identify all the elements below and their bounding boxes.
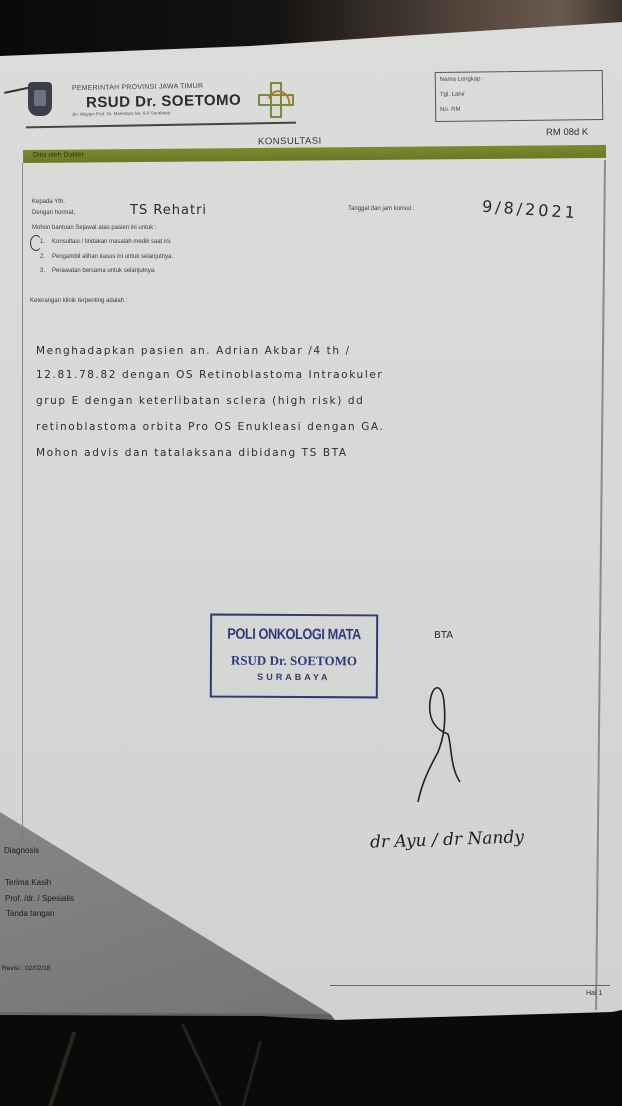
thanks-label: Terima Kasih — [5, 878, 51, 887]
header-divider — [26, 122, 296, 128]
page-number: Hal 1 — [586, 990, 602, 997]
medical-record-label: No. RM — [440, 107, 460, 113]
stamp-line-1: POLI ONKOLOGI MATA — [224, 626, 363, 644]
form-border-left — [22, 163, 23, 843]
option-2-text: Pengambil alihan kasus ini untuk selanju… — [52, 254, 173, 260]
addressee-handwritten: TS Rehatri — [130, 203, 207, 218]
background-bottom — [0, 1010, 622, 1106]
greeting-label: Dengan hormat, — [32, 210, 75, 216]
request-label: Mohon bantuan Sejawat atas pasien ini un… — [32, 225, 156, 231]
east-java-coat-of-arms-icon — [28, 82, 52, 116]
dob-label: Tgl. Lahir — [440, 92, 465, 98]
clinical-note-line: grup E dengan keterlibatan sclera (high … — [36, 395, 364, 407]
doctors-handwritten: dr Ayu / dr Nandy — [370, 827, 525, 852]
signature-label: Tanda tangan — [6, 909, 55, 918]
option-1-num: 1. — [40, 239, 45, 245]
section-bar-label: Diisi oleh Dokter — [33, 151, 84, 158]
hospital-address: Jln. Mayjen Prof. Dr. Moestopo No. 6-8 S… — [72, 110, 170, 117]
footer-divider — [330, 985, 610, 986]
section-bar: Diisi oleh Dokter — [23, 145, 606, 163]
revision-label: Revisi : 02/02/18 — [2, 965, 50, 972]
doctor-label: Prof. /dr. / Spesialis — [5, 894, 74, 903]
form-title: KONSULTASI — [258, 136, 322, 148]
option-3-num: 3. — [40, 268, 45, 274]
patient-identity-box: Nama Lengkap : Tgl. Lahir No. RM — [435, 70, 604, 122]
stamp-side-note: BTA — [434, 630, 453, 641]
option-3-text: Perawatan bersama untuk selanjutnya. — [52, 268, 156, 274]
stamp-line-3: SURABAYA — [212, 672, 376, 683]
option-1-text: Konsultasi / tindakan masalah medik saat… — [52, 239, 172, 245]
diagnosis-label: Diagnosis — [4, 846, 39, 855]
option-2-num: 2. — [40, 254, 45, 260]
clinical-note-line: Menghadapkan pasien an. Adrian Akbar /4 … — [36, 345, 351, 357]
to-label: Kepada Yth. — [32, 199, 65, 205]
stamp-line-2: RSUD Dr. SOETOMO — [212, 653, 376, 670]
date-handwritten: 9/8/2021 — [481, 197, 578, 223]
hospital-name: RSUD Dr. SOETOMO — [86, 92, 242, 112]
hospital-cross-logo-icon — [258, 82, 294, 118]
clinical-notes-label: Keterangan klinik terpenting adalah : — [30, 298, 127, 304]
name-label: Nama Lengkap : — [440, 76, 484, 83]
clinical-note-line: Mohon advis dan tatalaksana dibidang TS … — [36, 447, 348, 459]
clinic-stamp: POLI ONKOLOGI MATA RSUD Dr. SOETOMO SURA… — [210, 614, 378, 699]
clinical-note-line: retinoblastoma orbita Pro OS Enukleasi d… — [36, 421, 384, 433]
clinical-note-line: 12.81.78.82 dengan OS Retinoblastoma Int… — [36, 369, 383, 381]
date-label: Tanggal dan jam konsul : — [348, 206, 414, 212]
form-border-right — [595, 160, 605, 1010]
signature-icon — [408, 672, 498, 812]
form-code: RM 08d K — [546, 127, 588, 139]
province-line: PEMERINTAH PROVINSI JAWA TIMUR — [72, 83, 203, 92]
